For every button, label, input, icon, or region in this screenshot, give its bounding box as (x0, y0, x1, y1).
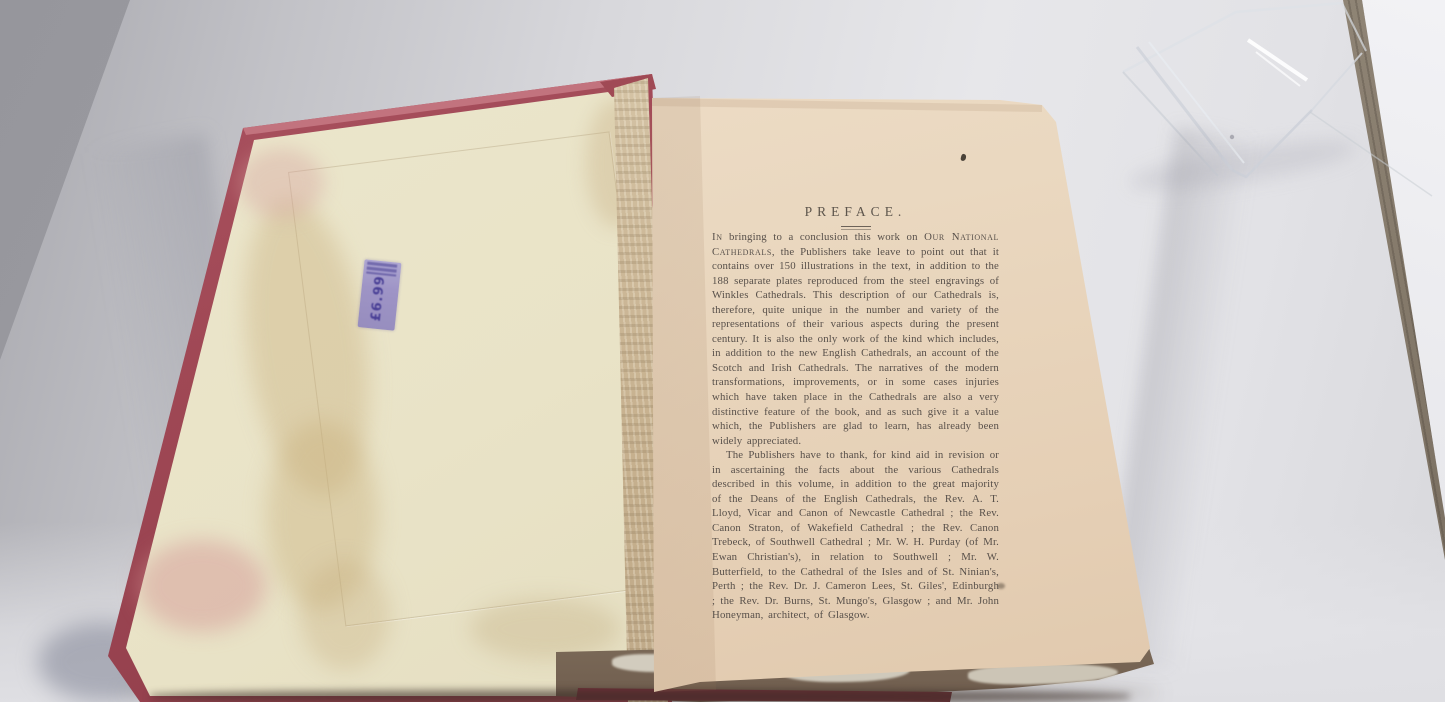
sticker-price-text: £6.99 (368, 266, 390, 331)
water-stain (300, 560, 390, 670)
preface-paragraph-1: In bringing to a conclusion this work on… (712, 230, 999, 448)
preface-paragraph-2: The Publishers have to thank, for kind a… (712, 448, 999, 623)
preface-text-block: PREFACE. In bringing to a conclusion thi… (712, 204, 999, 623)
pink-stain (138, 540, 266, 632)
pink-stain (238, 148, 324, 218)
smallcaps-in: In (712, 231, 723, 243)
water-stain (470, 598, 620, 660)
preface-heading: PREFACE. (712, 204, 999, 220)
book-shadow-bottom-dark (150, 690, 1130, 702)
photo-scene: £6.99 PREFACE. In bringing to a conclusi… (0, 0, 1445, 702)
price-sticker: £6.99 (358, 259, 402, 330)
paragraph-1-mid: bringing to a conclusion this work on (723, 231, 925, 243)
paragraph-1-rest: , the Publishers take leave to point out… (712, 246, 999, 447)
